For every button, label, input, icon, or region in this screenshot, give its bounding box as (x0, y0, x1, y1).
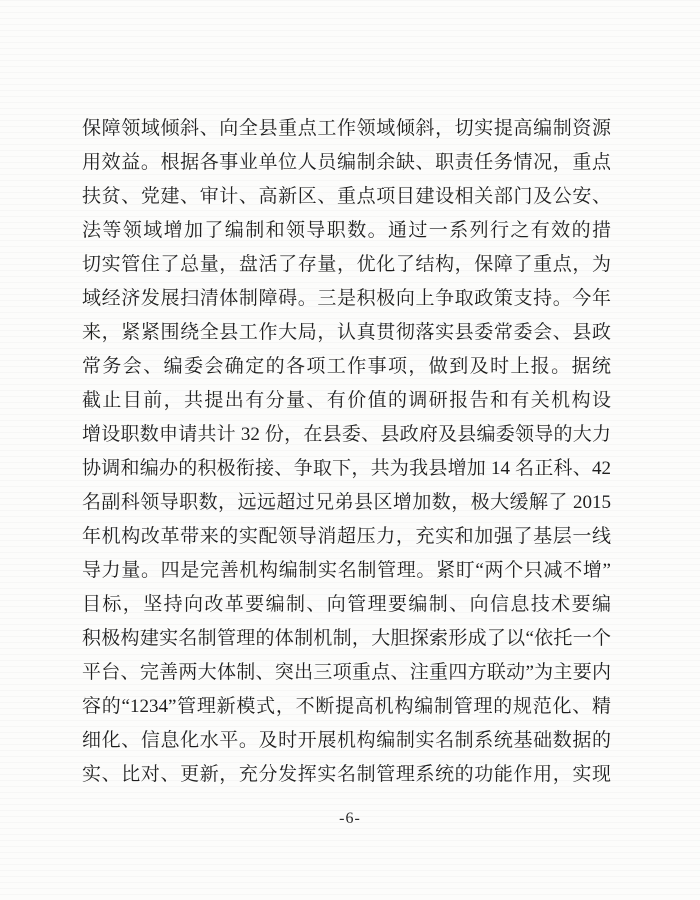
page-footer: -6- (0, 810, 700, 828)
text-line: 法等领域增加了编制和领导职数。通过一系列行之有效的措施， (82, 214, 611, 248)
text-line: 保障领域倾斜、向全县重点工作领域倾斜，切实提高编制资源使 (82, 112, 611, 146)
document-page: 保障领域倾斜、向全县重点工作领域倾斜，切实提高编制资源使 用效益。根据各事业单位… (0, 0, 700, 900)
text-line: 年机构改革带来的实配领导消超压力，充实和加强了基层一线领 (82, 520, 611, 554)
text-line: 积极构建实名制管理的体制机制，大胆探索形成了以“依托一个 (82, 622, 611, 656)
text-line: 切实管住了总量，盘活了存量，优化了结构，保障了重点，为县 (82, 248, 611, 282)
page-number: -6- (339, 810, 361, 828)
text-line: 导力量。四是完善机构编制实名制管理。紧盯“两个只减不增” (82, 554, 611, 588)
text-line: 实、比对、更新，充分发挥实名制管理系统的功能作用，实现机 (82, 758, 611, 792)
body-text: 保障领域倾斜、向全县重点工作领域倾斜，切实提高编制资源使 用效益。根据各事业单位… (82, 112, 611, 792)
text-line: 用效益。根据各事业单位人员编制余缺、职责任务情况，重点为 (82, 146, 611, 180)
text-line: 来，紧紧围绕全县工作大局，认真贯彻落实县委常委会、县政府 (82, 316, 611, 350)
text-line: 名副科领导职数，远远超过兄弟县区增加数，极大缓解了 2015 (82, 486, 611, 520)
text-line: 域经济发展扫清体制障碍。三是积极向上争取政策支持。今年以 (82, 282, 611, 316)
text-line: 容的“1234”管理新模式，不断提高机构编制管理的规范化、精 (82, 690, 611, 724)
text-line: 常务会、编委会确定的各项工作事项，做到及时上报。据统计， (82, 350, 611, 384)
text-line: 截止目前，共提出有分量、有价值的调研报告和有关机构设置、 (82, 384, 611, 418)
text-line: 协调和编办的积极衔接、争取下，共为我县增加 14 名正科、42 (82, 452, 611, 486)
text-line: 扶贫、党建、审计、高新区、重点项目建设相关部门及公安、司 (82, 180, 611, 214)
text-line: 平台、完善两大体制、突出三项重点、注重四方联动”为主要内 (82, 656, 611, 690)
text-line: 目标，坚持向改革要编制、向管理要编制、向信息技术要编制， (82, 588, 611, 622)
text-line: 细化、信息化水平。及时开展机构编制实名制系统基础数据的核 (82, 724, 611, 758)
text-line: 增设职数申请共计 32 份，在县委、县政府及县编委领导的大力 (82, 418, 611, 452)
